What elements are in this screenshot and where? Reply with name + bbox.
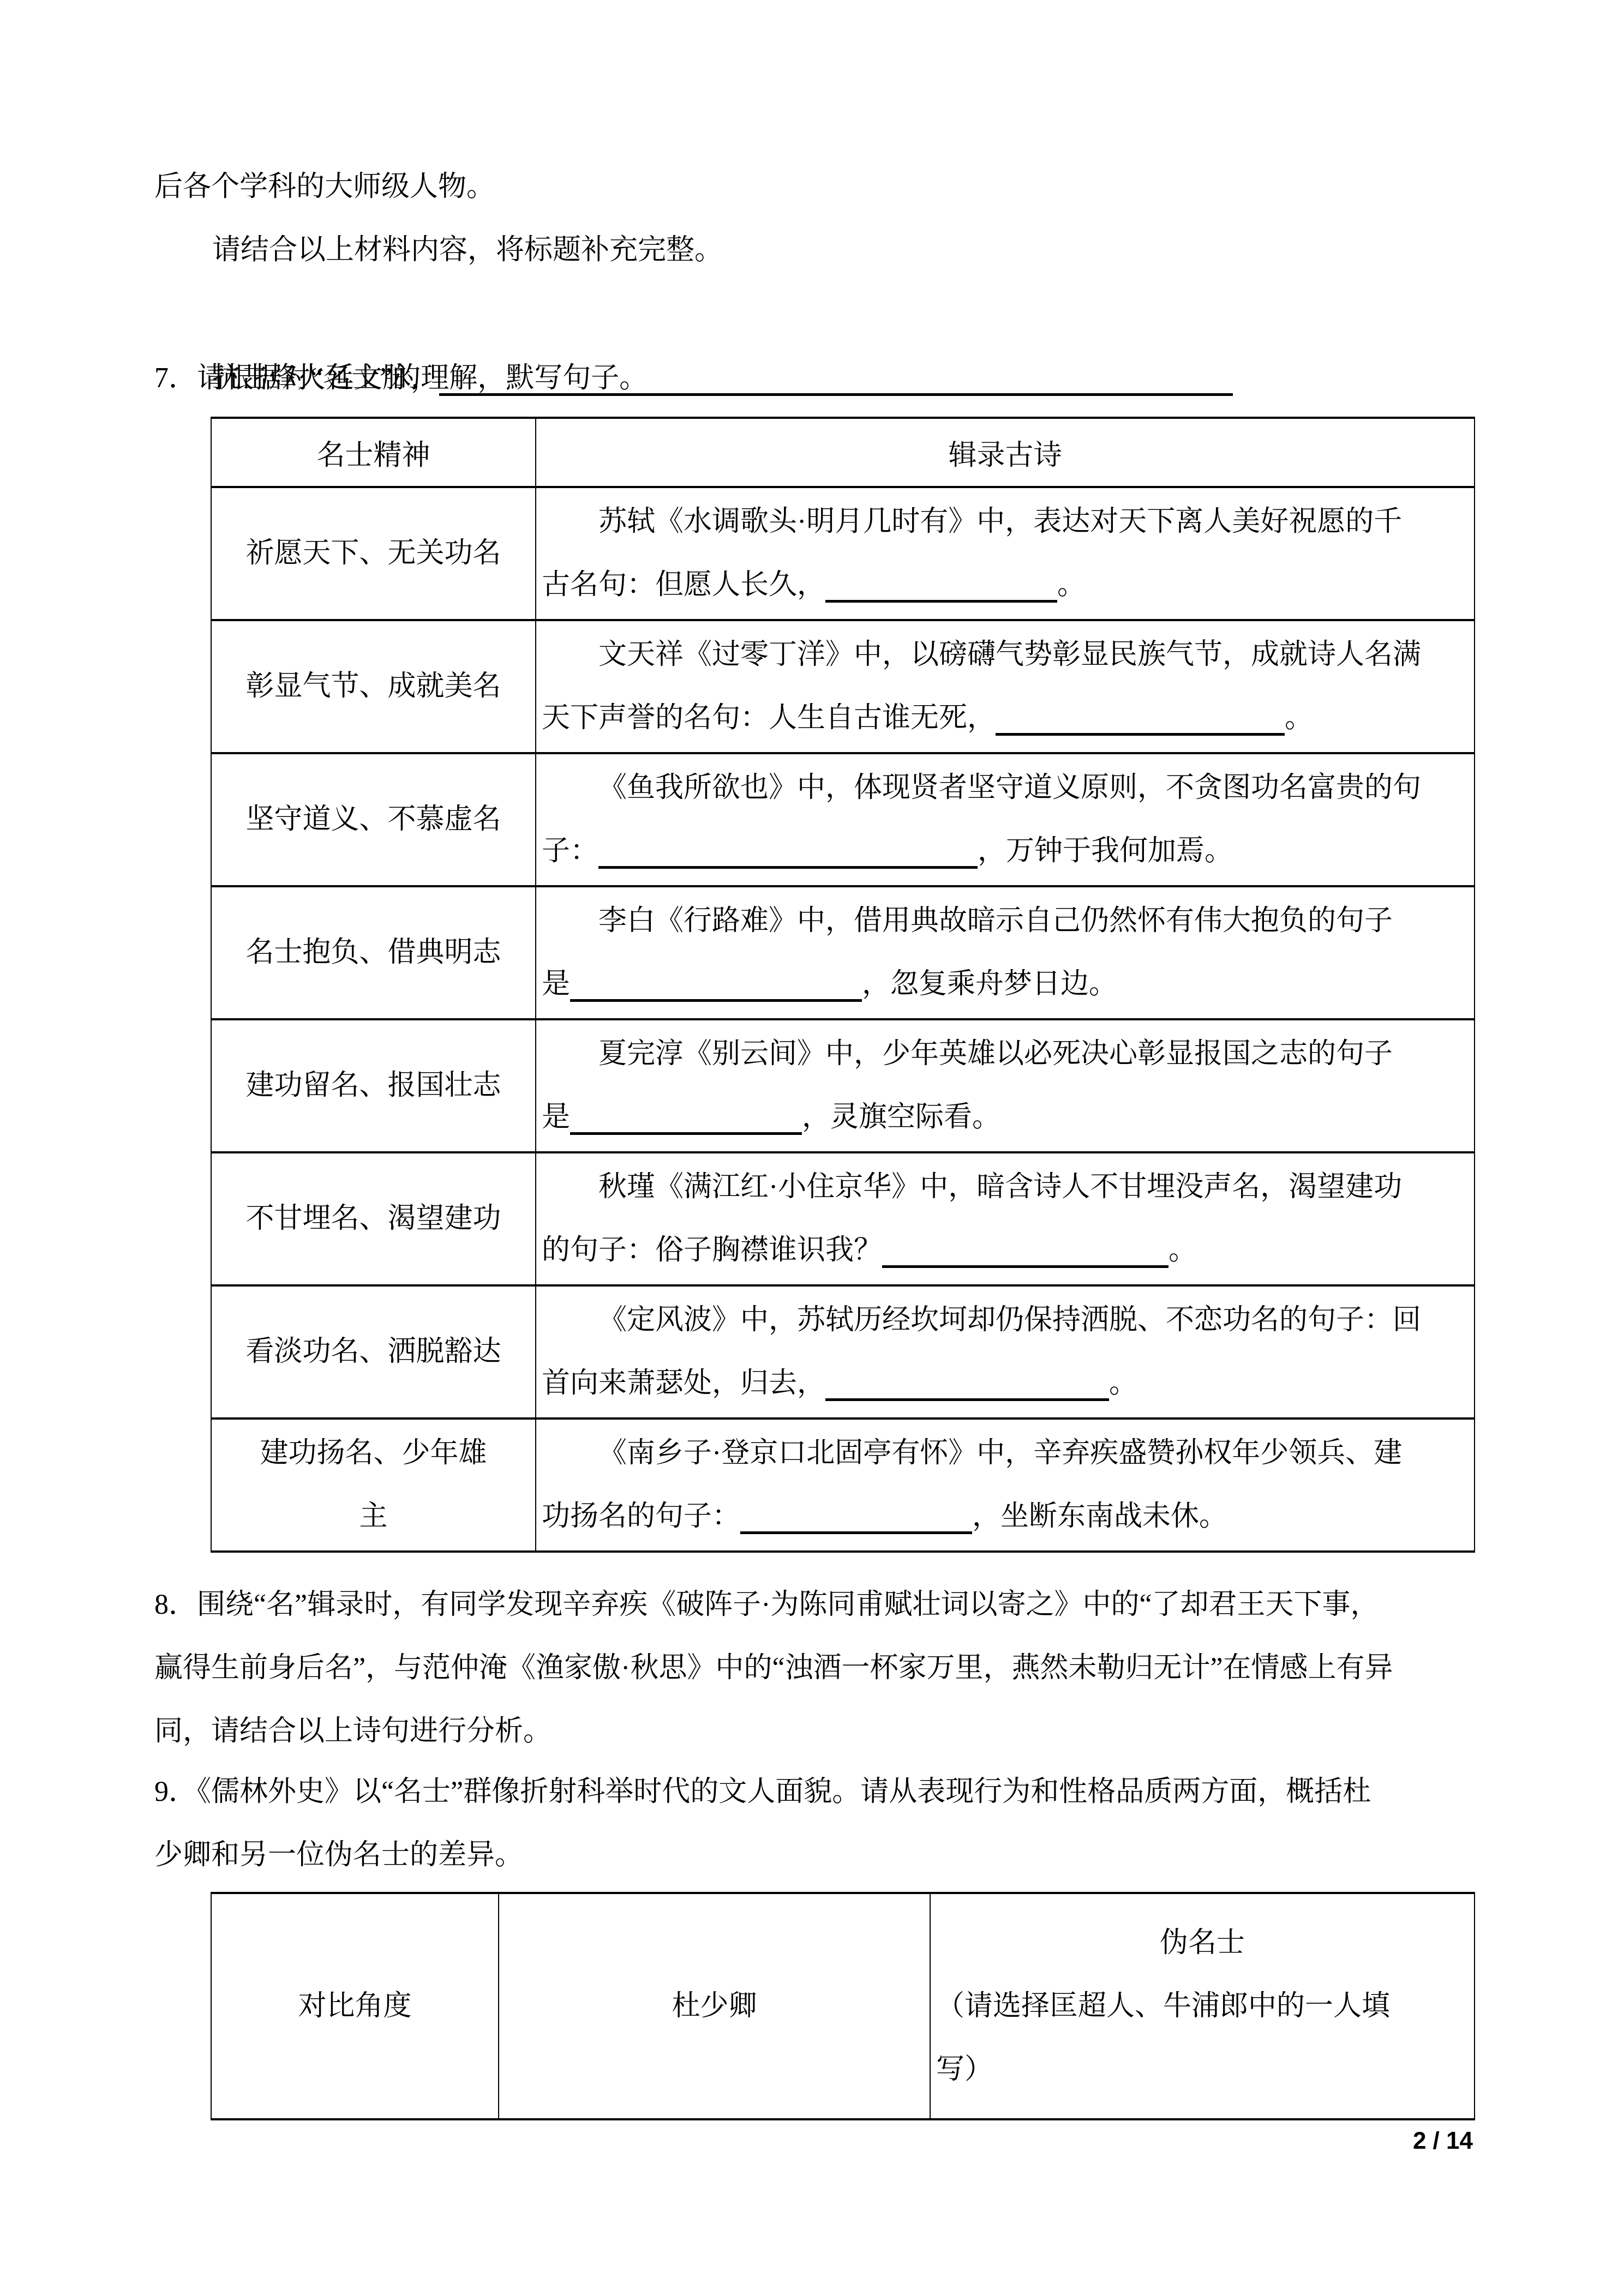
poem-cell: 《定风波》中，苏轼历经坎坷却仍保持洒脱、不恋功名的句子：回 首向来萧瑟处，归去，… bbox=[536, 1285, 1475, 1419]
answer-blank bbox=[825, 1392, 1109, 1401]
table-row: 名士抱负、借典明志 李白《行路难》中，借用典故暗示自己仍然怀有伟大抱负的句子 是… bbox=[211, 886, 1475, 1019]
poem-text-before: 秋瑾《满江红·小住京华》中，暗含诗人不甘埋没声名，渴望建功 的句子：俗子胸襟谁识… bbox=[542, 1171, 1402, 1266]
table-row: 看淡功名、洒脱豁达 《定风波》中，苏轼历经坎坷却仍保持洒脱、不恋功名的句子：回 … bbox=[211, 1285, 1475, 1419]
poem-text-before: 苏轼《水调歌头·明月几时有》中，表达对天下离人美好祝愿的千 古名句：但愿人长久， bbox=[542, 506, 1402, 600]
poem-text-after: ，万钟于我何加焉。 bbox=[978, 836, 1233, 867]
answer-blank bbox=[996, 726, 1285, 736]
answer-blank bbox=[598, 860, 978, 869]
poem-text-after: ，灵旗空际看。 bbox=[802, 1102, 1000, 1133]
answer-blank bbox=[570, 993, 862, 1002]
poem-text-after: 。 bbox=[1168, 1235, 1197, 1266]
table-row: 坚守道义、不慕虚名 《鱼我所欲也》中，体现贤者坚守道义原则，不贪图功名富贵的句 … bbox=[211, 753, 1475, 886]
intro-line-continuation: 后各个学科的大师级人物。 bbox=[154, 155, 495, 219]
poem-cell: 《南乡子·登京口北固亭有怀》中，辛弃疾盛赞孙权年少领兵、建 功扬名的句子：，坐断… bbox=[536, 1419, 1475, 1552]
q7-stem: 7．请根据对“名士”的理解，默写句子。 bbox=[154, 347, 648, 410]
spirit-cell: 祈愿天下、无关功名 bbox=[211, 487, 536, 620]
spirit-cell: 彰显气节、成就美名 bbox=[211, 620, 536, 753]
table-row: 彰显气节、成就美名 文天祥《过零丁洋》中，以磅礴气势彰显民族气节，成就诗人名满 … bbox=[211, 620, 1475, 753]
exam-page: 后各个学科的大师级人物。 请结合以上材料内容，将标题补充完整。 抗击烽火延文脉，… bbox=[0, 0, 1624, 2296]
poem-cell: 《鱼我所欲也》中，体现贤者坚守道义原则，不贪图功名富贵的句 子：，万钟于我何加焉… bbox=[536, 753, 1475, 886]
q9-comparison-table: 对比角度 杜少卿 伪名士 （请选择匡超人、牛浦郎中的一人填 写） bbox=[211, 1892, 1475, 2120]
q7-dictation-table: 名士精神 辑录古诗 祈愿天下、无关功名 苏轼《水调歌头·明月几时有》中，表达对天… bbox=[211, 417, 1475, 1553]
poem-cell: 苏轼《水调歌头·明月几时有》中，表达对天下离人美好祝愿的千 古名句：但愿人长久，… bbox=[536, 487, 1475, 620]
spirit-cell: 坚守道义、不慕虚名 bbox=[211, 753, 536, 886]
q9-col1-header: 对比角度 bbox=[211, 1893, 499, 2119]
q9-table-header-row: 对比角度 杜少卿 伪名士 （请选择匡超人、牛浦郎中的一人填 写） bbox=[211, 1893, 1475, 2119]
table-row: 不甘埋名、渴望建功 秋瑾《满江红·小住京华》中，暗含诗人不甘埋没声名，渴望建功 … bbox=[211, 1152, 1475, 1285]
q8-stem: 8．围绕“名”辑录时，有同学发现辛弃疾《破阵子·为陈同甫赋壮词以寄之》中的“了却… bbox=[154, 1573, 1551, 1763]
poem-cell: 李白《行路难》中，借用典故暗示自己仍然怀有伟大抱负的句子 是，忽复乘舟梦日边。 bbox=[536, 886, 1475, 1019]
page-number: 2 / 14 bbox=[1413, 2126, 1473, 2156]
poem-text-after: 。 bbox=[1285, 702, 1313, 734]
poem-cell: 文天祥《过零丁洋》中，以磅礴气势彰显民族气节，成就诗人名满 天下声誉的名句：人生… bbox=[536, 620, 1475, 753]
q7-col2-header: 辑录古诗 bbox=[536, 418, 1475, 487]
answer-blank bbox=[570, 1126, 802, 1135]
q7-table-header-row: 名士精神 辑录古诗 bbox=[211, 418, 1475, 487]
answer-blank bbox=[882, 1259, 1168, 1268]
spirit-cell: 建功扬名、少年雄 主 bbox=[211, 1419, 536, 1552]
q9-stem: 9．《儒林外史》以“名士”群像折射科举时代的文人面貌。请从表现行为和性格品质两方… bbox=[154, 1760, 1551, 1887]
spirit-cell: 看淡功名、洒脱豁达 bbox=[211, 1285, 536, 1419]
q9-col2-header: 杜少卿 bbox=[499, 1893, 930, 2119]
answer-blank bbox=[740, 1525, 972, 1534]
table-row: 祈愿天下、无关功名 苏轼《水调歌头·明月几时有》中，表达对天下离人美好祝愿的千 … bbox=[211, 487, 1475, 620]
poem-text-after: 。 bbox=[1109, 1368, 1137, 1399]
answer-blank bbox=[825, 593, 1057, 603]
spirit-cell: 不甘埋名、渴望建功 bbox=[211, 1152, 536, 1285]
spirit-cell: 建功留名、报国壮志 bbox=[211, 1019, 536, 1152]
poem-cell: 夏完淳《别云间》中，少年英雄以必死决心彰显报国之志的句子 是，灵旗空际看。 bbox=[536, 1019, 1475, 1152]
poem-text-before: 《定风波》中，苏轼历经坎坷却仍保持洒脱、不恋功名的句子：回 首向来萧瑟处，归去， bbox=[542, 1305, 1421, 1399]
spirit-cell: 名士抱负、借典明志 bbox=[211, 886, 536, 1019]
table-row: 建功扬名、少年雄 主 《南乡子·登京口北固亭有怀》中，辛弃疾盛赞孙权年少领兵、建… bbox=[211, 1419, 1475, 1552]
q9-col3-header: 伪名士 （请选择匡超人、牛浦郎中的一人填 写） bbox=[930, 1893, 1475, 2119]
q7-col1-header: 名士精神 bbox=[211, 418, 536, 487]
poem-text-after: ，忽复乘舟梦日边。 bbox=[862, 969, 1117, 1000]
intro-instruction: 请结合以上材料内容，将标题补充完整。 bbox=[212, 219, 723, 282]
pseudo-mingshi-note: （请选择匡超人、牛浦郎中的一人填 写） bbox=[931, 1975, 1474, 2101]
poem-cell: 秋瑾《满江红·小住京华》中，暗含诗人不甘埋没声名，渴望建功 的句子：俗子胸襟谁识… bbox=[536, 1152, 1475, 1285]
table-row: 建功留名、报国壮志 夏完淳《别云间》中，少年英雄以必死决心彰显报国之志的句子 是… bbox=[211, 1019, 1475, 1152]
poem-text-after: ，坐断东南战未休。 bbox=[972, 1501, 1227, 1532]
pseudo-mingshi-title: 伪名士 bbox=[931, 1912, 1474, 1975]
poem-text-after: 。 bbox=[1057, 569, 1086, 600]
